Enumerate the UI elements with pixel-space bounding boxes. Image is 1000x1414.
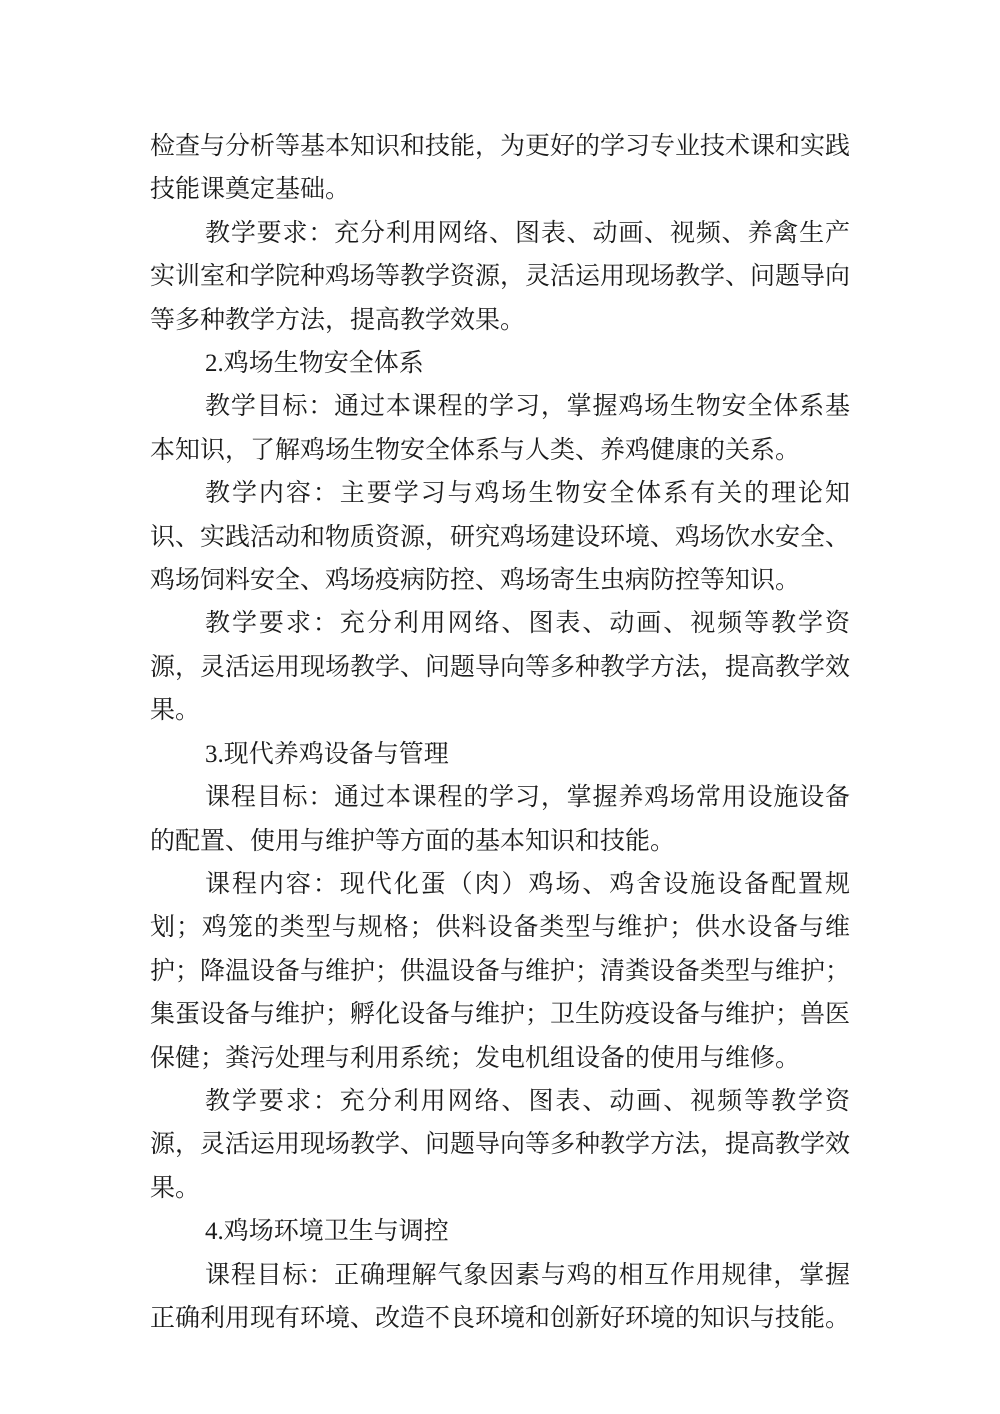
heading-course-2: 2.鸡场生物安全体系 xyxy=(150,342,850,385)
paragraph-teaching-requirements-1: 教学要求：充分利用网络、图表、动画、视频、养禽生产实训室和学院种鸡场等教学资源，… xyxy=(150,212,850,342)
paragraph-teaching-requirements-3: 教学要求：充分利用网络、图表、动画、视频等教学资源，灵活运用现场教学、问题导向等… xyxy=(150,1080,850,1210)
heading-course-3: 3.现代养鸡设备与管理 xyxy=(150,733,850,776)
heading-course-4: 4.鸡场环境卫生与调控 xyxy=(150,1210,850,1253)
paragraph-continuation: 检查与分析等基本知识和技能，为更好的学习专业技术课和实践技能课奠定基础。 xyxy=(150,125,850,212)
paragraph-teaching-requirements-2: 教学要求：充分利用网络、图表、动画、视频等教学资源，灵活运用现场教学、问题导向等… xyxy=(150,602,850,732)
paragraph-course-objectives-3: 课程目标：通过本课程的学习，掌握养鸡场常用设施设备的配置、使用与维护等方面的基本… xyxy=(150,776,850,863)
paragraph-course-content-3: 课程内容：现代化蛋（肉）鸡场、鸡舍设施设备配置规划；鸡笼的类型与规格；供料设备类… xyxy=(150,863,850,1080)
paragraph-teaching-content-2: 教学内容：主要学习与鸡场生物安全体系有关的理论知识、实践活动和物质资源，研究鸡场… xyxy=(150,472,850,602)
document-body: 检查与分析等基本知识和技能，为更好的学习专业技术课和实践技能课奠定基础。 教学要… xyxy=(150,125,850,1340)
paragraph-course-objectives-4: 课程目标：正确理解气象因素与鸡的相互作用规律，掌握正确利用现有环境、改造不良环境… xyxy=(150,1254,850,1341)
paragraph-teaching-objectives-2: 教学目标：通过本课程的学习，掌握鸡场生物安全体系基本知识，了解鸡场生物安全体系与… xyxy=(150,385,850,472)
document-page: 检查与分析等基本知识和技能，为更好的学习专业技术课和实践技能课奠定基础。 教学要… xyxy=(0,0,1000,1414)
